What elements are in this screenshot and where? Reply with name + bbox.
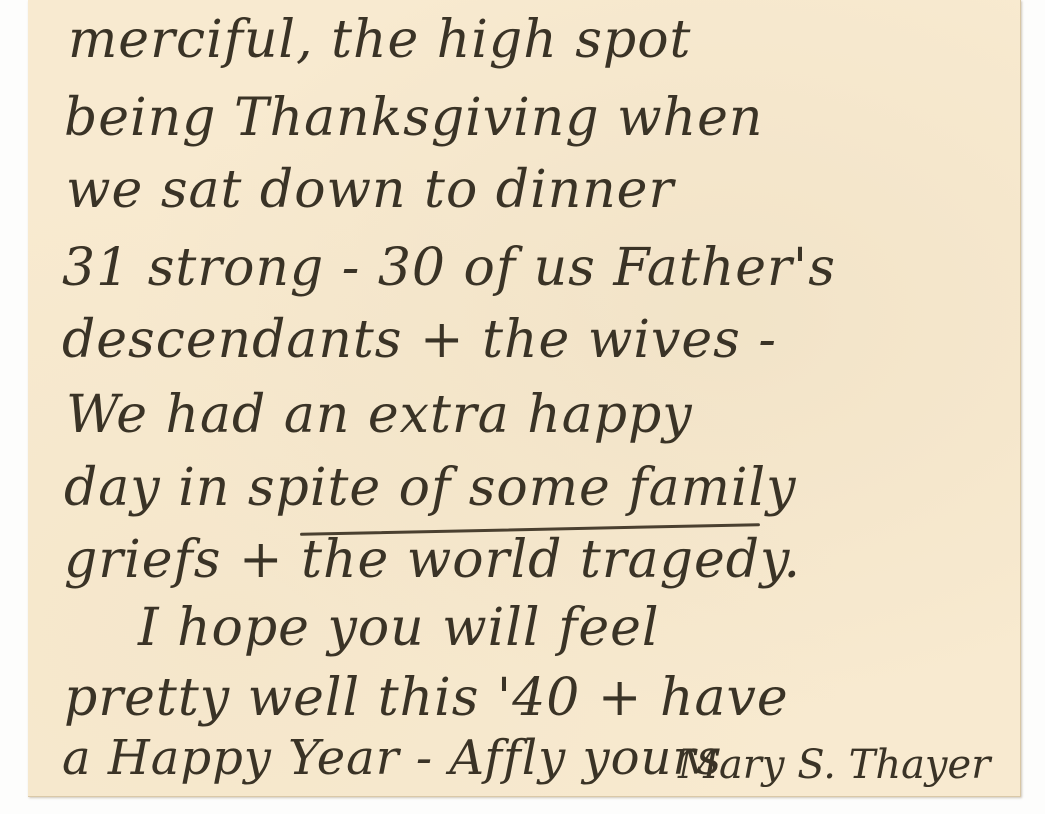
signature: Mary S. Thayer <box>678 742 990 788</box>
letter-line-5: descendants + the wives - <box>62 310 777 370</box>
letter-line-8: griefs + the world tragedy. <box>64 530 801 590</box>
letter-page: merciful, the high spot being Thanksgivi… <box>28 0 1021 797</box>
letter-line-3: we sat down to dinner <box>66 160 674 220</box>
letter-line-7: day in spite of some family <box>64 458 797 518</box>
letter-line-11: a Happy Year - Affly yours <box>62 730 722 786</box>
letter-line-2: being Thanksgiving when <box>64 88 763 148</box>
letter-line-1: merciful, the high spot <box>68 10 691 70</box>
letter-line-10: pretty well this '40 + have <box>64 668 789 728</box>
letter-line-9: I hope you will feel <box>138 598 660 658</box>
letter-line-6: We had an extra happy <box>66 385 693 445</box>
letter-line-4: 31 strong - 30 of us Father's <box>62 238 836 298</box>
